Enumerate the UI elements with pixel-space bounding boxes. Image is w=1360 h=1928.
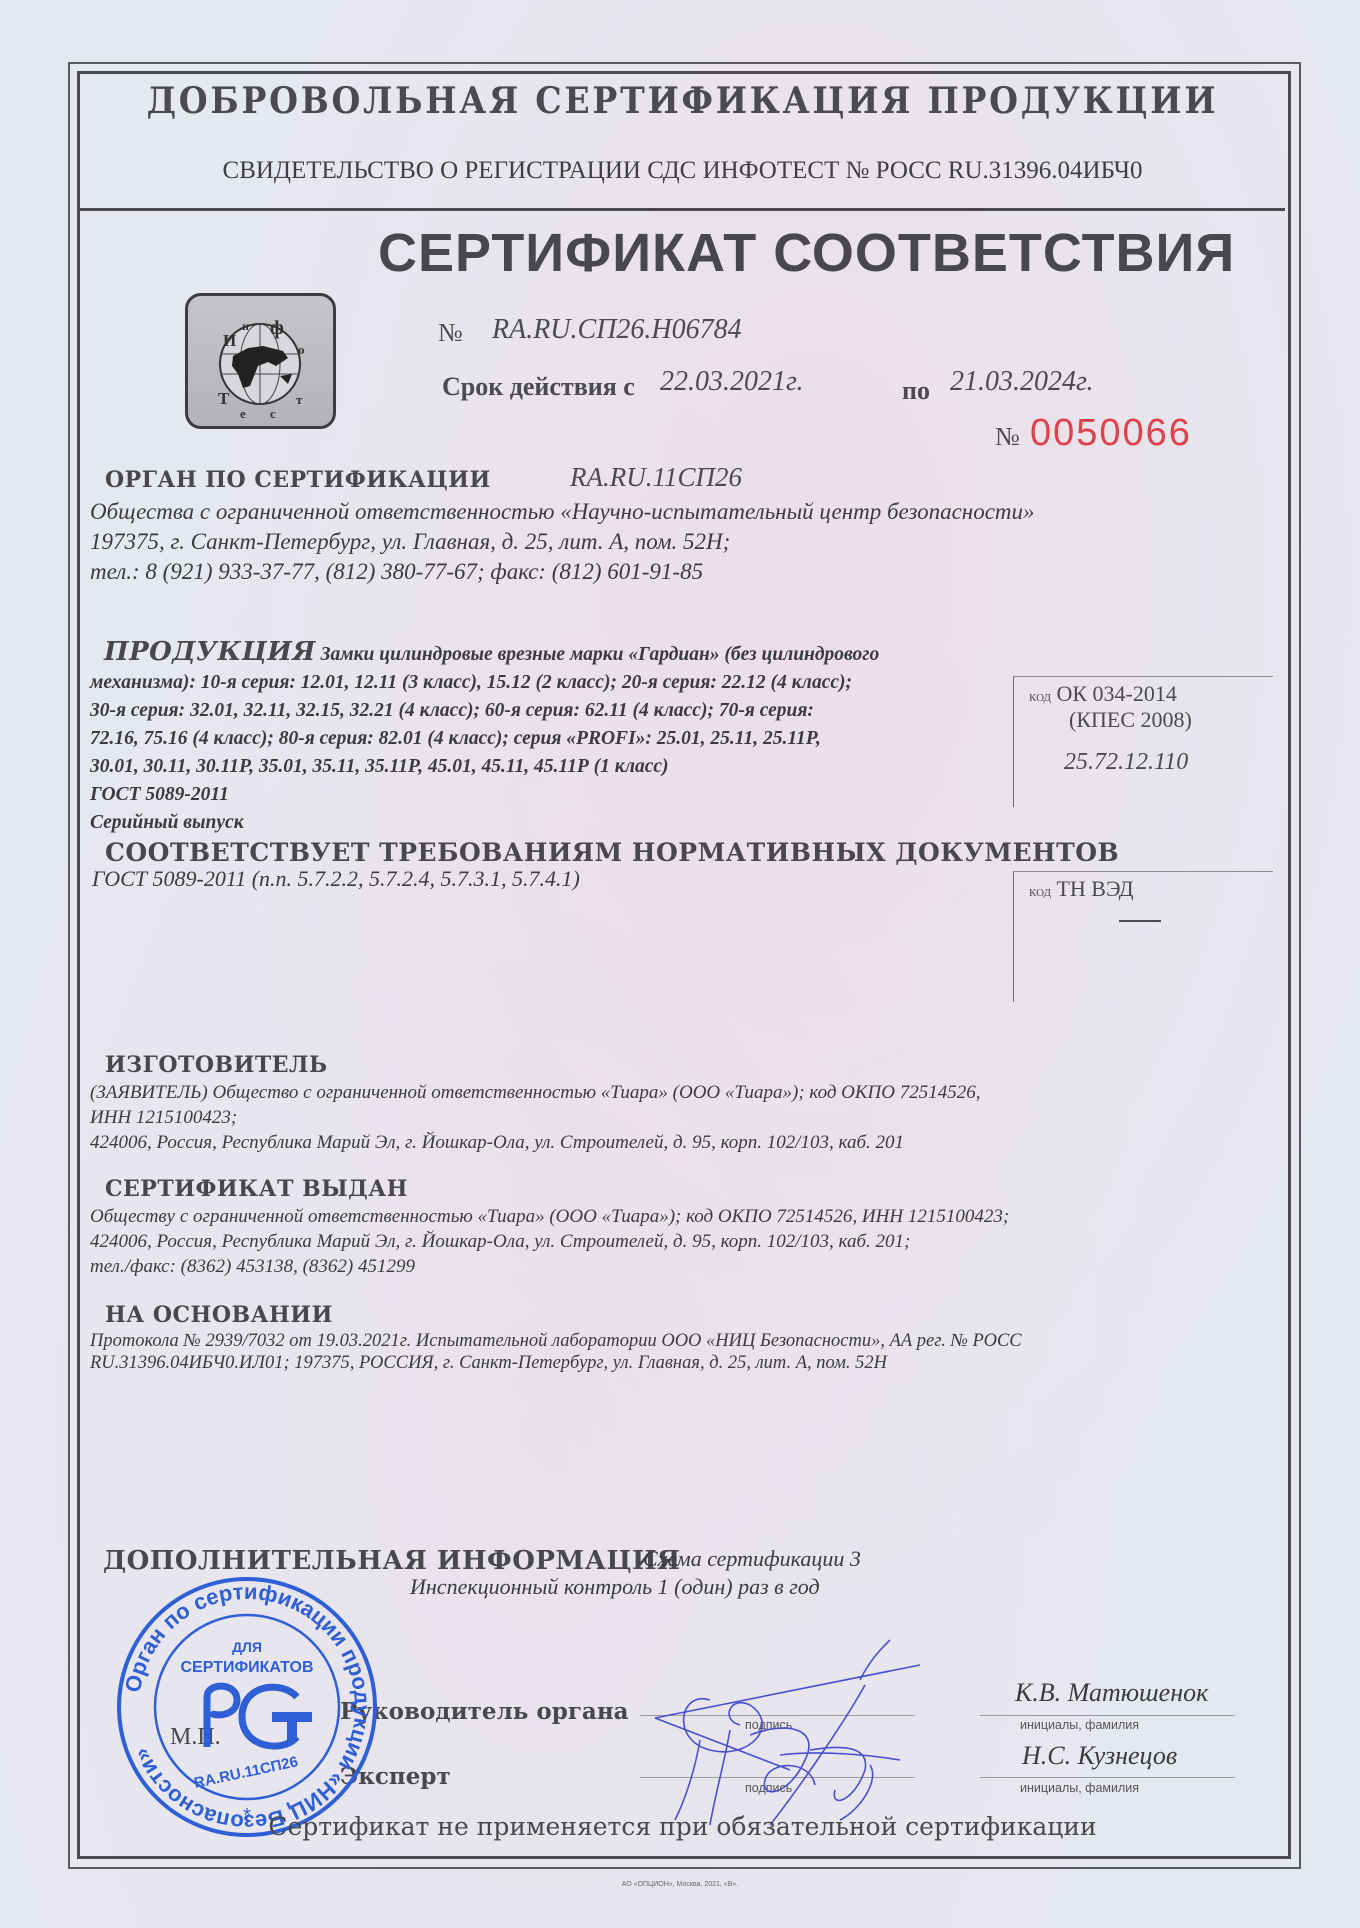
tnved-code-label: ТН ВЭД [1056, 876, 1133, 901]
svg-text:И: И [223, 331, 236, 350]
number-label: № [438, 318, 463, 348]
svg-text:ф: ф [270, 317, 284, 339]
tnved-code-box: код ТН ВЭД [1013, 871, 1273, 1002]
tnved-code-empty-dash [1119, 920, 1161, 922]
product-heading: ПРОДУКЦИЯ [104, 637, 316, 667]
okpd-code-label2: (КПЕС 2008) [1069, 707, 1192, 733]
svg-text:RA.RU.11СП26: RA.RU.11СП26 [193, 1753, 300, 1792]
svg-text:о: о [298, 342, 305, 357]
certificate-number: RA.RU.СП26.Н06784 [492, 314, 742, 346]
manufacturer-details: (ЗАЯВИТЕЛЬ) Общество с ограниченной отве… [90, 1080, 1240, 1155]
basis-details: Протокола № 2939/7032 от 19.03.2021г. Ис… [90, 1330, 1250, 1374]
registration-line: СВИДЕТЕЛЬСТВО О РЕГИСТРАЦИИ СДС ИНФОТЕСТ… [80, 157, 1285, 185]
expert-name-line [980, 1777, 1235, 1778]
code-prefix: код [1029, 688, 1051, 705]
basis-line: RU.31396.04ИБЧ0.ИЛ01; 197375, РОССИЯ, г.… [90, 1352, 1250, 1374]
validity-label: Срок действия с [442, 372, 635, 402]
product-line: 72.16, 75.16 (4 класс); 80-я серия: 82.0… [90, 725, 995, 753]
conformity-standard: ГОСТ 5089-2011 (п.п. 5.7.2.2, 5.7.2.4, 5… [92, 866, 580, 892]
certification-body-details: Общества с ограниченной ответственностью… [90, 497, 1240, 587]
valid-to-label: по [902, 376, 930, 406]
product-production-type: Серийный выпуск [90, 809, 995, 837]
name-hint: инициалы, фамилия [1020, 1718, 1139, 1732]
svg-text:ДЛЯ: ДЛЯ [232, 1639, 262, 1655]
issued-to-heading: СЕРТИФИКАТ ВЫДАН [105, 1176, 408, 1202]
manufacturer-heading: ИЗГОТОВИТЕЛЬ [105, 1052, 328, 1078]
header-divider [80, 208, 1285, 211]
product-section: ПРОДУКЦИЯ Замки цилиндровые врезные марк… [90, 638, 995, 837]
product-standard: ГОСТ 5089-2011 [90, 781, 995, 809]
name-hint: инициалы, фамилия [1020, 1781, 1139, 1795]
manufacturer-line: 424006, Россия, Республика Марий Эл, г. … [90, 1130, 1240, 1155]
issued-to-line: тел./факс: (8362) 453138, (8362) 451299 [90, 1254, 1240, 1279]
valid-to-date: 21.03.2024г. [950, 366, 1094, 398]
inspection-control: Инспекционный контроль 1 (один) раз в го… [410, 1574, 820, 1600]
head-role-label: Руководитель органа [340, 1698, 629, 1725]
head-name-line [980, 1715, 1235, 1716]
okpd-code-value: 25.72.12.110 [1064, 749, 1188, 776]
product-line: Замки цилиндровые врезные марки «Гардиан… [321, 644, 880, 665]
code-prefix: код [1029, 883, 1051, 900]
svg-text:с: с [270, 406, 276, 421]
svg-text:н: н [242, 319, 249, 333]
printer-info: АО «ОПЦИОН», Москва, 2021, «В». [0, 1881, 1360, 1888]
okpd-code-box: код ОК 034-2014 (КПЕС 2008) 25.72.12.110 [1013, 676, 1273, 807]
certification-body-code: RA.RU.11СП26 [570, 462, 742, 493]
product-line: механизма): 10-я серия: 12.01, 12.11 (3 … [90, 669, 995, 697]
certification-body-heading: ОРГАН ПО СЕРТИФИКАЦИИ [105, 467, 491, 493]
manufacturer-line: ИНН 1215100423; [90, 1105, 1240, 1130]
basis-line: Протокола № 2939/7032 от 19.03.2021г. Ис… [90, 1330, 1250, 1352]
infotest-logo-icon: И н ф о Т е с т [185, 293, 336, 429]
certification-body-line: тел.: 8 (921) 933-37-77, (812) 380-77-67… [90, 557, 1240, 587]
svg-text:т: т [296, 392, 303, 407]
certificate-title: СЕРТИФИКАТ СООТВЕТСТВИЯ [378, 222, 1235, 284]
svg-text:е: е [240, 406, 246, 421]
certification-body-line: 197375, г. Санкт-Петербург, ул. Главная,… [90, 527, 1240, 557]
serial-label: № [995, 422, 1020, 452]
okpd-code-label: ОК 034-2014 [1056, 681, 1176, 706]
expert-name: Н.С. Кузнецов [1022, 1741, 1177, 1771]
valid-from-date: 22.03.2021г. [660, 366, 804, 398]
manufacturer-line: (ЗАЯВИТЕЛЬ) Общество с ограниченной отве… [90, 1080, 1240, 1105]
product-line: 30-я серия: 32.01, 32.11, 32.15, 32.21 (… [90, 697, 995, 725]
serial-number: 0050066 [1030, 412, 1192, 455]
official-stamp-icon: Орган по сертификации продукции «НИЦ Без… [112, 1572, 382, 1842]
footer-note: Сертификат не применяется при обязательн… [80, 1812, 1285, 1841]
certification-scheme: Схема сертификации 3 [643, 1546, 861, 1572]
issued-to-line: 424006, Россия, Республика Марий Эл, г. … [90, 1229, 1240, 1254]
head-name: К.В. Матюшенок [1015, 1678, 1208, 1708]
issued-to-details: Обществу с ограниченной ответственностью… [90, 1204, 1240, 1279]
issued-to-line: Обществу с ограниченной ответственностью… [90, 1204, 1240, 1229]
conformity-heading: СООТВЕТСТВУЕТ ТРЕБОВАНИЯМ НОРМАТИВНЫХ ДО… [105, 838, 1119, 867]
product-line: 30.01, 30.11, 30.11Р, 35.01, 35.11, 35.1… [90, 753, 995, 781]
svg-text:СЕРТИФИКАТОВ: СЕРТИФИКАТОВ [180, 1659, 313, 1676]
svg-text:Т: Т [218, 389, 230, 408]
certification-body-line: Общества с ограниченной ответственностью… [90, 497, 1240, 527]
handwritten-signature-icon [640, 1630, 960, 1830]
voluntary-certification-title: ДОБРОВОЛЬНАЯ СЕРТИФИКАЦИЯ ПРОДУКЦИИ [128, 80, 1237, 122]
basis-heading: НА ОСНОВАНИИ [105, 1302, 333, 1328]
